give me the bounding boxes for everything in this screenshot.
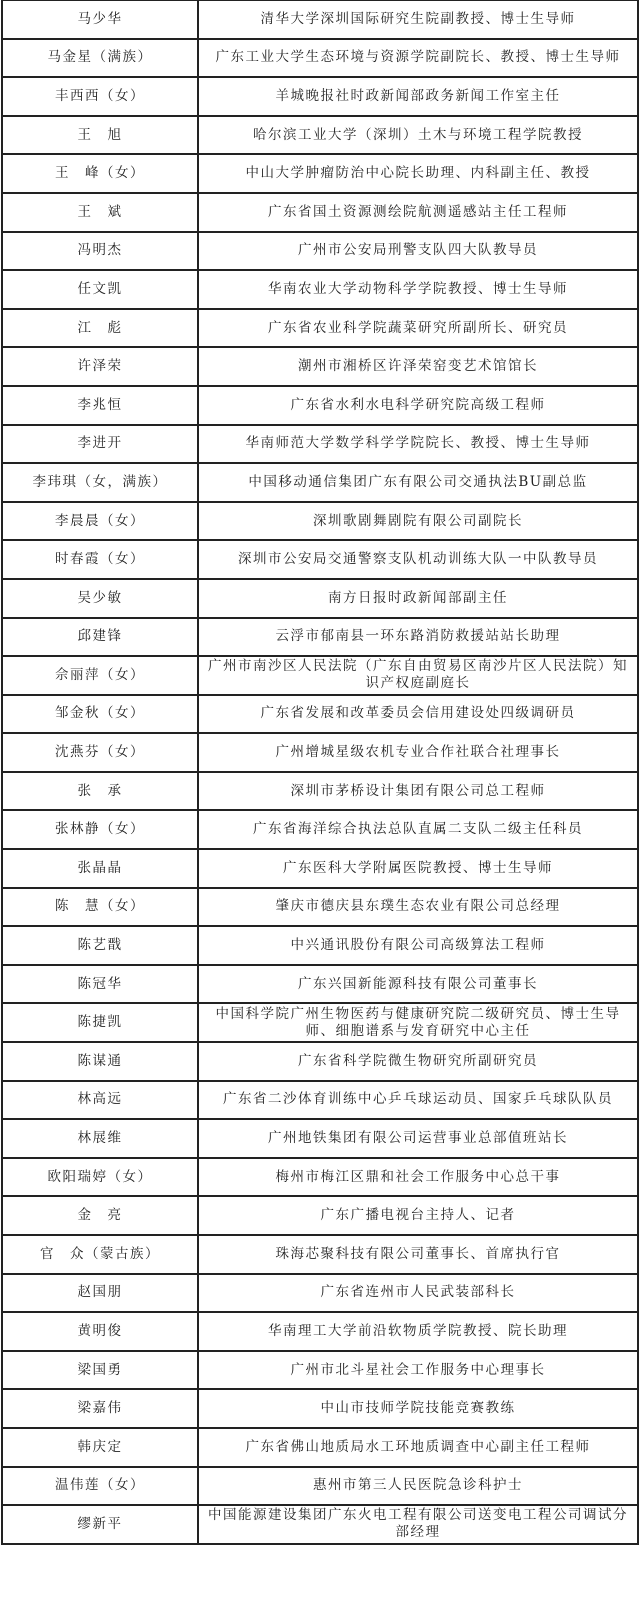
honoree-name: 陈冠华: [2, 965, 198, 1004]
honoree-position: 中兴通讯股份有限公司高级算法工程师: [198, 926, 638, 965]
table-row: 梁嘉伟 中山市技师学院技能竞赛教练: [2, 1389, 638, 1428]
honoree-position: 广州市南沙区人民法院（广东自由贸易区南沙片区人民法院）知识产权庭副庭长: [198, 656, 638, 695]
honoree-position: 广东省农业科学院蔬菜研究所副所长、研究员: [198, 309, 638, 348]
table-row: 李进开 华南师范大学数学科学学院院长、教授、博士生导师: [2, 425, 638, 464]
honoree-position: 中国移动通信集团广东有限公司交通执法BU副总监: [198, 463, 638, 502]
table-row: 张 承 深圳市茅桥设计集团有限公司总工程师: [2, 772, 638, 811]
honoree-name: 张晶晶: [2, 849, 198, 888]
honoree-name: 林展维: [2, 1119, 198, 1158]
honoree-position: 华南农业大学动物科学学院教授、博士生导师: [198, 270, 638, 309]
honoree-name: 陈捷凯: [2, 1003, 198, 1042]
honoree-name: 李进开: [2, 425, 198, 464]
table-row: 沈燕芬（女） 广州增城星级农机专业合作社联合社理事长: [2, 733, 638, 772]
honoree-position: 中山市技师学院技能竞赛教练: [198, 1389, 638, 1428]
table-row: 欧阳瑞婷（女） 梅州市梅江区鼎和社会工作服务中心总干事: [2, 1158, 638, 1197]
table-row: 邱建锋 云浮市郁南县一环东路消防救援站站长助理: [2, 618, 638, 657]
honoree-name: 李玮琪（女，满族）: [2, 463, 198, 502]
honoree-position: 中山大学肿瘤防治中心院长助理、内科副主任、教授: [198, 154, 638, 193]
honoree-position: 广东省科学院微生物研究所副研究员: [198, 1042, 638, 1081]
table-row: 丰西西（女） 羊城晚报社时政新闻部政务新闻工作室主任: [2, 77, 638, 116]
table-row: 张晶晶 广东医科大学附属医院教授、博士生导师: [2, 849, 638, 888]
honoree-position: 中国科学院广州生物医药与健康研究院二级研究员、博士生导师、细胞谱系与发育研究中心…: [198, 1003, 638, 1042]
table-row: 陈捷凯 中国科学院广州生物医药与健康研究院二级研究员、博士生导师、细胞谱系与发育…: [2, 1003, 638, 1042]
table-row: 陈谋通 广东省科学院微生物研究所副研究员: [2, 1042, 638, 1081]
honoree-name: 陈谋通: [2, 1042, 198, 1081]
honoree-name: 马少华: [2, 1, 198, 39]
honoree-name: 邹金秋（女）: [2, 695, 198, 734]
table-row: 张林静（女） 广东省海洋综合执法总队直属二支队二级主任科员: [2, 810, 638, 849]
table-row: 温伟莲（女） 惠州市第三人民医院急诊科护士: [2, 1467, 638, 1506]
table-row: 赵国朋 广东省连州市人民武装部科长: [2, 1274, 638, 1313]
table-row: 任文凯 华南农业大学动物科学学院教授、博士生导师: [2, 270, 638, 309]
table-row: 王 斌 广东省国土资源测绘院航测遥感站主任工程师: [2, 193, 638, 232]
honoree-name: 官 众（蒙古族）: [2, 1235, 198, 1274]
honoree-name: 梁国勇: [2, 1351, 198, 1390]
honoree-position: 广东省佛山地质局水工环地质调查中心副主任工程师: [198, 1428, 638, 1467]
honoree-position: 清华大学深圳国际研究生院副教授、博士生导师: [198, 1, 638, 39]
honoree-position: 云浮市郁南县一环东路消防救援站站长助理: [198, 618, 638, 657]
table-row: 陈 慧（女） 肇庆市德庆县东璞生态农业有限公司总经理: [2, 888, 638, 927]
honoree-name: 王 斌: [2, 193, 198, 232]
honoree-position: 广州增城星级农机专业合作社联合社理事长: [198, 733, 638, 772]
honoree-name: 沈燕芬（女）: [2, 733, 198, 772]
honoree-position: 肇庆市德庆县东璞生态农业有限公司总经理: [198, 888, 638, 927]
honoree-position: 广东省水利水电科学研究院高级工程师: [198, 386, 638, 425]
honoree-name: 吴少敏: [2, 579, 198, 618]
honoree-position: 广东省发展和改革委员会信用建设处四级调研员: [198, 695, 638, 734]
table-row: 许泽荣 潮州市湘桥区许泽荣窑变艺术馆馆长: [2, 347, 638, 386]
honoree-name: 许泽荣: [2, 347, 198, 386]
honoree-name: 邱建锋: [2, 618, 198, 657]
table-row: 吴少敏 南方日报时政新闻部副主任: [2, 579, 638, 618]
honoree-position: 广东兴国新能源科技有限公司董事长: [198, 965, 638, 1004]
honoree-position: 潮州市湘桥区许泽荣窑变艺术馆馆长: [198, 347, 638, 386]
table-row: 佘丽萍（女） 广州市南沙区人民法院（广东自由贸易区南沙片区人民法院）知识产权庭副…: [2, 656, 638, 695]
honoree-name: 张林静（女）: [2, 810, 198, 849]
honoree-position: 南方日报时政新闻部副主任: [198, 579, 638, 618]
honoree-position: 华南理工大学前沿软物质学院教授、院长助理: [198, 1312, 638, 1351]
honoree-position: 广东医科大学附属医院教授、博士生导师: [198, 849, 638, 888]
honoree-position: 中国能源建设集团广东火电工程有限公司送变电工程公司调试分部经理: [198, 1505, 638, 1544]
honoree-position: 广东省连州市人民武装部科长: [198, 1274, 638, 1313]
table-row: 邹金秋（女） 广东省发展和改革委员会信用建设处四级调研员: [2, 695, 638, 734]
table-row: 江 彪 广东省农业科学院蔬菜研究所副所长、研究员: [2, 309, 638, 348]
honoree-name: 梁嘉伟: [2, 1389, 198, 1428]
honoree-name: 江 彪: [2, 309, 198, 348]
honoree-position: 广东省海洋综合执法总队直属二支队二级主任科员: [198, 810, 638, 849]
honoree-name: 金 亮: [2, 1196, 198, 1235]
honoree-position: 广东工业大学生态环境与资源学院副院长、教授、博士生导师: [198, 39, 638, 78]
honoree-table-body: 马少华 清华大学深圳国际研究生院副教授、博士生导师 马金星（满族） 广东工业大学…: [2, 1, 638, 1544]
honoree-position: 广州市公安局刑警支队四大队教导员: [198, 232, 638, 271]
honoree-name: 任文凯: [2, 270, 198, 309]
honoree-position: 深圳市公安局交通警察支队机动训练大队一中队教导员: [198, 540, 638, 579]
honoree-position: 珠海芯聚科技有限公司董事长、首席执行官: [198, 1235, 638, 1274]
table-row: 黄明俊 华南理工大学前沿软物质学院教授、院长助理: [2, 1312, 638, 1351]
table-row: 李晨晨（女） 深圳歌剧舞剧院有限公司副院长: [2, 502, 638, 541]
honoree-name: 王 旭: [2, 116, 198, 155]
honoree-position: 羊城晚报社时政新闻部政务新闻工作室主任: [198, 77, 638, 116]
honoree-name: 李兆恒: [2, 386, 198, 425]
table-row: 马少华 清华大学深圳国际研究生院副教授、博士生导师: [2, 1, 638, 39]
honoree-name: 林高远: [2, 1081, 198, 1120]
table-row: 李兆恒 广东省水利水电科学研究院高级工程师: [2, 386, 638, 425]
honoree-name: 陈艺戬: [2, 926, 198, 965]
honoree-name: 马金星（满族）: [2, 39, 198, 78]
honoree-name: 丰西西（女）: [2, 77, 198, 116]
honoree-position: 华南师范大学数学科学学院院长、教授、博士生导师: [198, 425, 638, 464]
honoree-name: 张 承: [2, 772, 198, 811]
table-row: 马金星（满族） 广东工业大学生态环境与资源学院副院长、教授、博士生导师: [2, 39, 638, 78]
honoree-name: 温伟莲（女）: [2, 1467, 198, 1506]
honoree-position: 梅州市梅江区鼎和社会工作服务中心总干事: [198, 1158, 638, 1197]
honoree-position: 广东省国土资源测绘院航测遥感站主任工程师: [198, 193, 638, 232]
honoree-name: 佘丽萍（女）: [2, 656, 198, 695]
table-row: 金 亮 广东广播电视台主持人、记者: [2, 1196, 638, 1235]
honoree-name: 韩庆定: [2, 1428, 198, 1467]
honoree-name: 赵国朋: [2, 1274, 198, 1313]
honoree-name: 时春霞（女）: [2, 540, 198, 579]
honoree-name: 欧阳瑞婷（女）: [2, 1158, 198, 1197]
table-row: 缪新平 中国能源建设集团广东火电工程有限公司送变电工程公司调试分部经理: [2, 1505, 638, 1544]
table-row: 林展维 广州地铁集团有限公司运营事业总部值班站长: [2, 1119, 638, 1158]
table-row: 梁国勇 广州市北斗星社会工作服务中心理事长: [2, 1351, 638, 1390]
honoree-position: 哈尔滨工业大学（深圳）土木与环境工程学院教授: [198, 116, 638, 155]
table-row: 陈艺戬 中兴通讯股份有限公司高级算法工程师: [2, 926, 638, 965]
table-row: 韩庆定 广东省佛山地质局水工环地质调查中心副主任工程师: [2, 1428, 638, 1467]
honoree-name: 缪新平: [2, 1505, 198, 1544]
table-row: 王 峰（女） 中山大学肿瘤防治中心院长助理、内科副主任、教授: [2, 154, 638, 193]
honoree-position: 惠州市第三人民医院急诊科护士: [198, 1467, 638, 1506]
honoree-position: 深圳市茅桥设计集团有限公司总工程师: [198, 772, 638, 811]
table-row: 冯明杰 广州市公安局刑警支队四大队教导员: [2, 232, 638, 271]
honoree-position: 深圳歌剧舞剧院有限公司副院长: [198, 502, 638, 541]
honoree-name: 李晨晨（女）: [2, 502, 198, 541]
table-row: 陈冠华 广东兴国新能源科技有限公司董事长: [2, 965, 638, 1004]
honoree-name: 黄明俊: [2, 1312, 198, 1351]
table-row: 李玮琪（女，满族） 中国移动通信集团广东有限公司交通执法BU副总监: [2, 463, 638, 502]
honoree-position: 广州市北斗星社会工作服务中心理事长: [198, 1351, 638, 1390]
honoree-position: 广东广播电视台主持人、记者: [198, 1196, 638, 1235]
table-row: 官 众（蒙古族） 珠海芯聚科技有限公司董事长、首席执行官: [2, 1235, 638, 1274]
honoree-name: 陈 慧（女）: [2, 888, 198, 927]
honoree-position: 广州地铁集团有限公司运营事业总部值班站长: [198, 1119, 638, 1158]
table-row: 时春霞（女） 深圳市公安局交通警察支队机动训练大队一中队教导员: [2, 540, 638, 579]
honoree-table: 马少华 清华大学深圳国际研究生院副教授、博士生导师 马金星（满族） 广东工业大学…: [1, 0, 639, 1545]
honoree-position: 广东省二沙体育训练中心乒乓球运动员、国家乒乓球队队员: [198, 1081, 638, 1120]
honoree-name: 冯明杰: [2, 232, 198, 271]
table-row: 王 旭 哈尔滨工业大学（深圳）土木与环境工程学院教授: [2, 116, 638, 155]
table-row: 林高远 广东省二沙体育训练中心乒乓球运动员、国家乒乓球队队员: [2, 1081, 638, 1120]
honoree-name: 王 峰（女）: [2, 154, 198, 193]
